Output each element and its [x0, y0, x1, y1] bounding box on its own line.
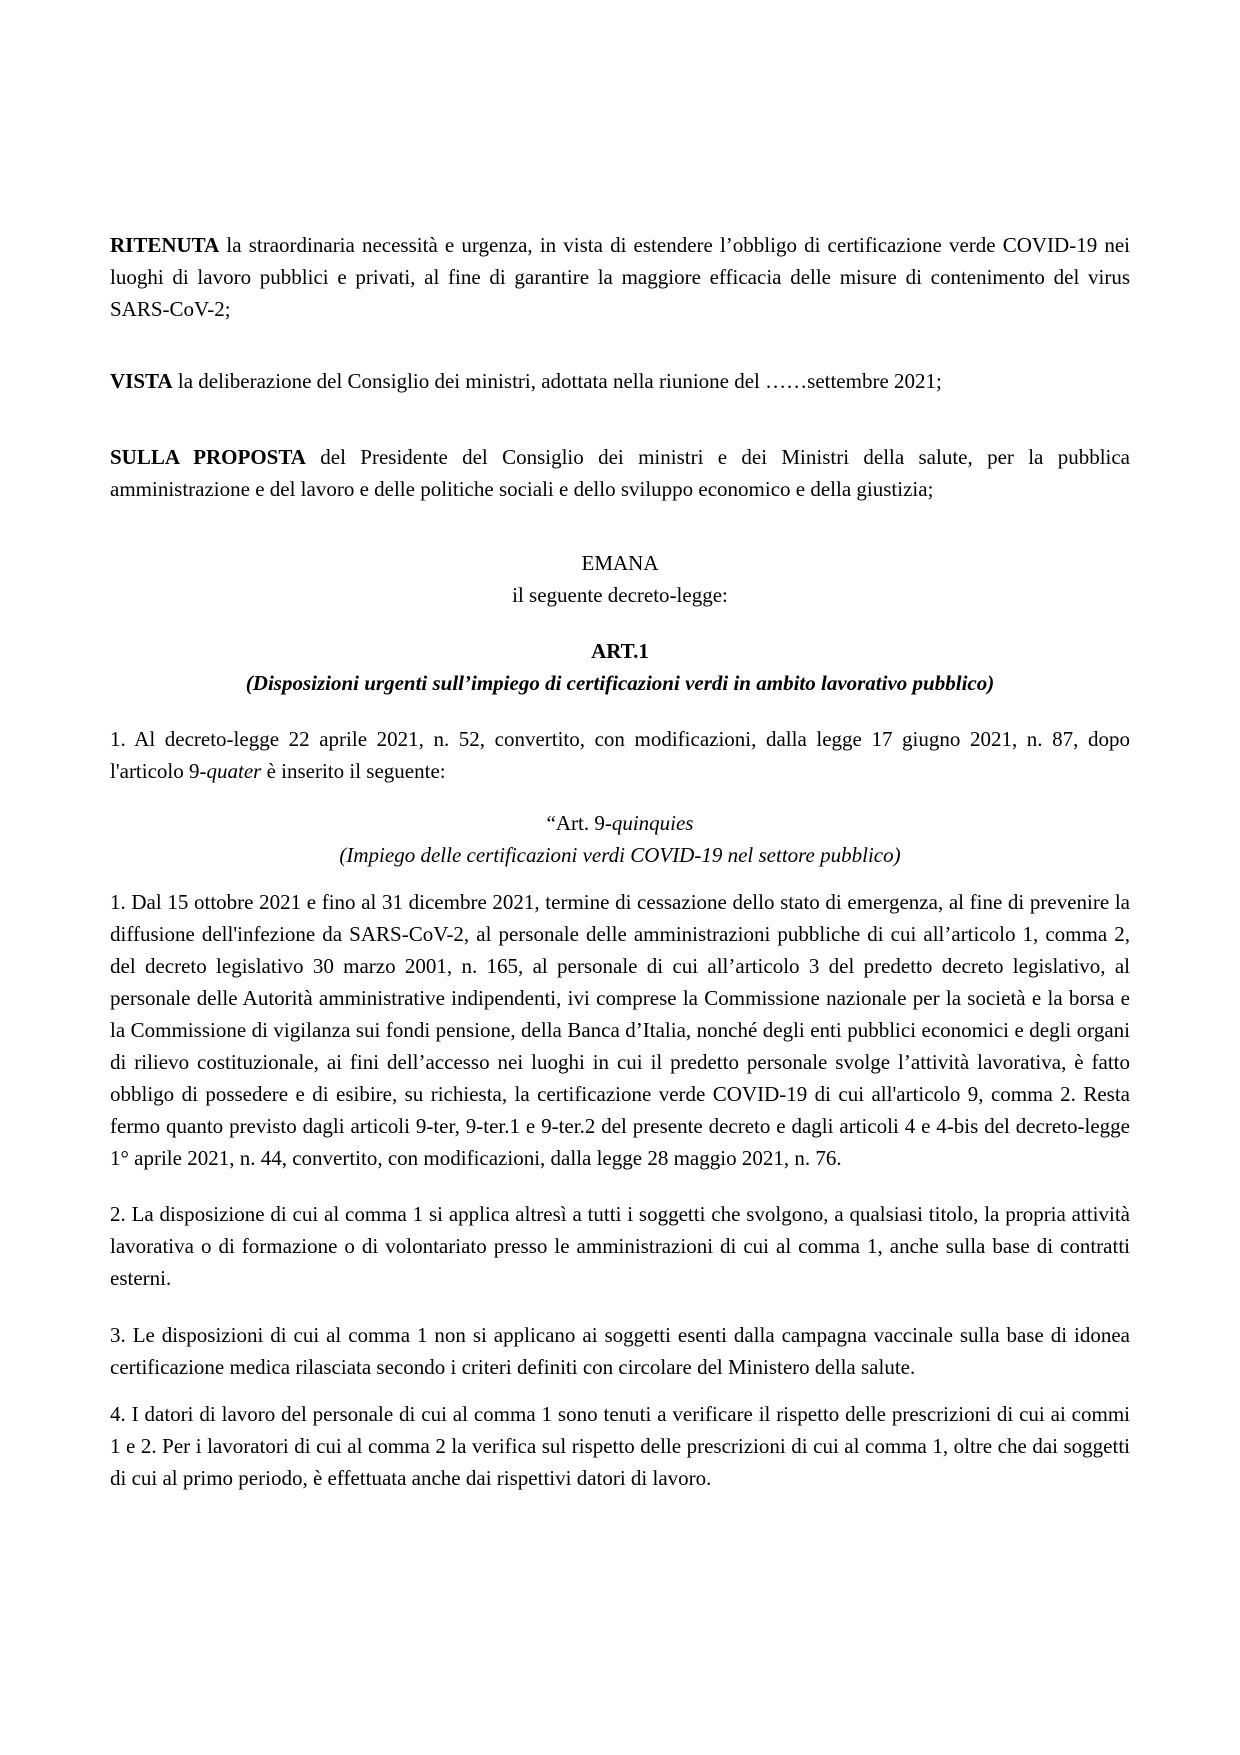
art9-quinquies-heading-block: “Art. 9-quinquies (Impiego delle certifi…: [110, 807, 1130, 871]
art9-title-before: “Art. 9-: [547, 811, 612, 835]
vista-lead: VISTA: [110, 369, 173, 393]
article-1-heading: ART.1: [110, 635, 1130, 667]
comma-2: 2. La disposizione di cui al comma 1 si …: [110, 1198, 1130, 1294]
preamble-vista: VISTA la deliberazione del Consiglio dei…: [110, 365, 1130, 397]
article-1-subtitle: (Disposizioni urgenti sull’impiego di ce…: [110, 667, 1130, 699]
comma-intro-after: è inserito il seguente:: [261, 759, 445, 783]
comma-intro-latin-term: quater: [207, 759, 262, 783]
article-1-heading-block: ART.1 (Disposizioni urgenti sull’impiego…: [110, 635, 1130, 699]
ritenuta-text: la straordinaria necessità e urgenza, in…: [110, 233, 1130, 321]
comma-1: 1. Dal 15 ottobre 2021 e fino al 31 dice…: [110, 886, 1130, 1174]
vista-text: la deliberazione del Consiglio dei minis…: [173, 369, 942, 393]
emana-line: EMANA: [110, 547, 1130, 579]
ritenuta-lead: RITENUTA: [110, 233, 219, 257]
comma-4: 4. I datori di lavoro del personale di c…: [110, 1398, 1130, 1494]
preamble-sulla-proposta: SULLA PROPOSTA del Presidente del Consig…: [110, 441, 1130, 505]
document-page: RITENUTA la straordinaria necessità e ur…: [0, 0, 1240, 1755]
sulla-proposta-lead: SULLA PROPOSTA: [110, 445, 306, 469]
art9-quinquies-title: “Art. 9-quinquies: [110, 807, 1130, 839]
comma-intro: 1. Al decreto-legge 22 aprile 2021, n. 5…: [110, 723, 1130, 787]
emana-block: EMANA il seguente decreto-legge:: [110, 547, 1130, 611]
art9-quinquies-subtitle: (Impiego delle certificazioni verdi COVI…: [110, 839, 1130, 871]
comma-3: 3. Le disposizioni di cui al comma 1 non…: [110, 1319, 1130, 1383]
art9-title-latin-term: quinquies: [612, 811, 694, 835]
preamble-ritenuta: RITENUTA la straordinaria necessità e ur…: [110, 229, 1130, 325]
emana-subline: il seguente decreto-legge:: [110, 579, 1130, 611]
